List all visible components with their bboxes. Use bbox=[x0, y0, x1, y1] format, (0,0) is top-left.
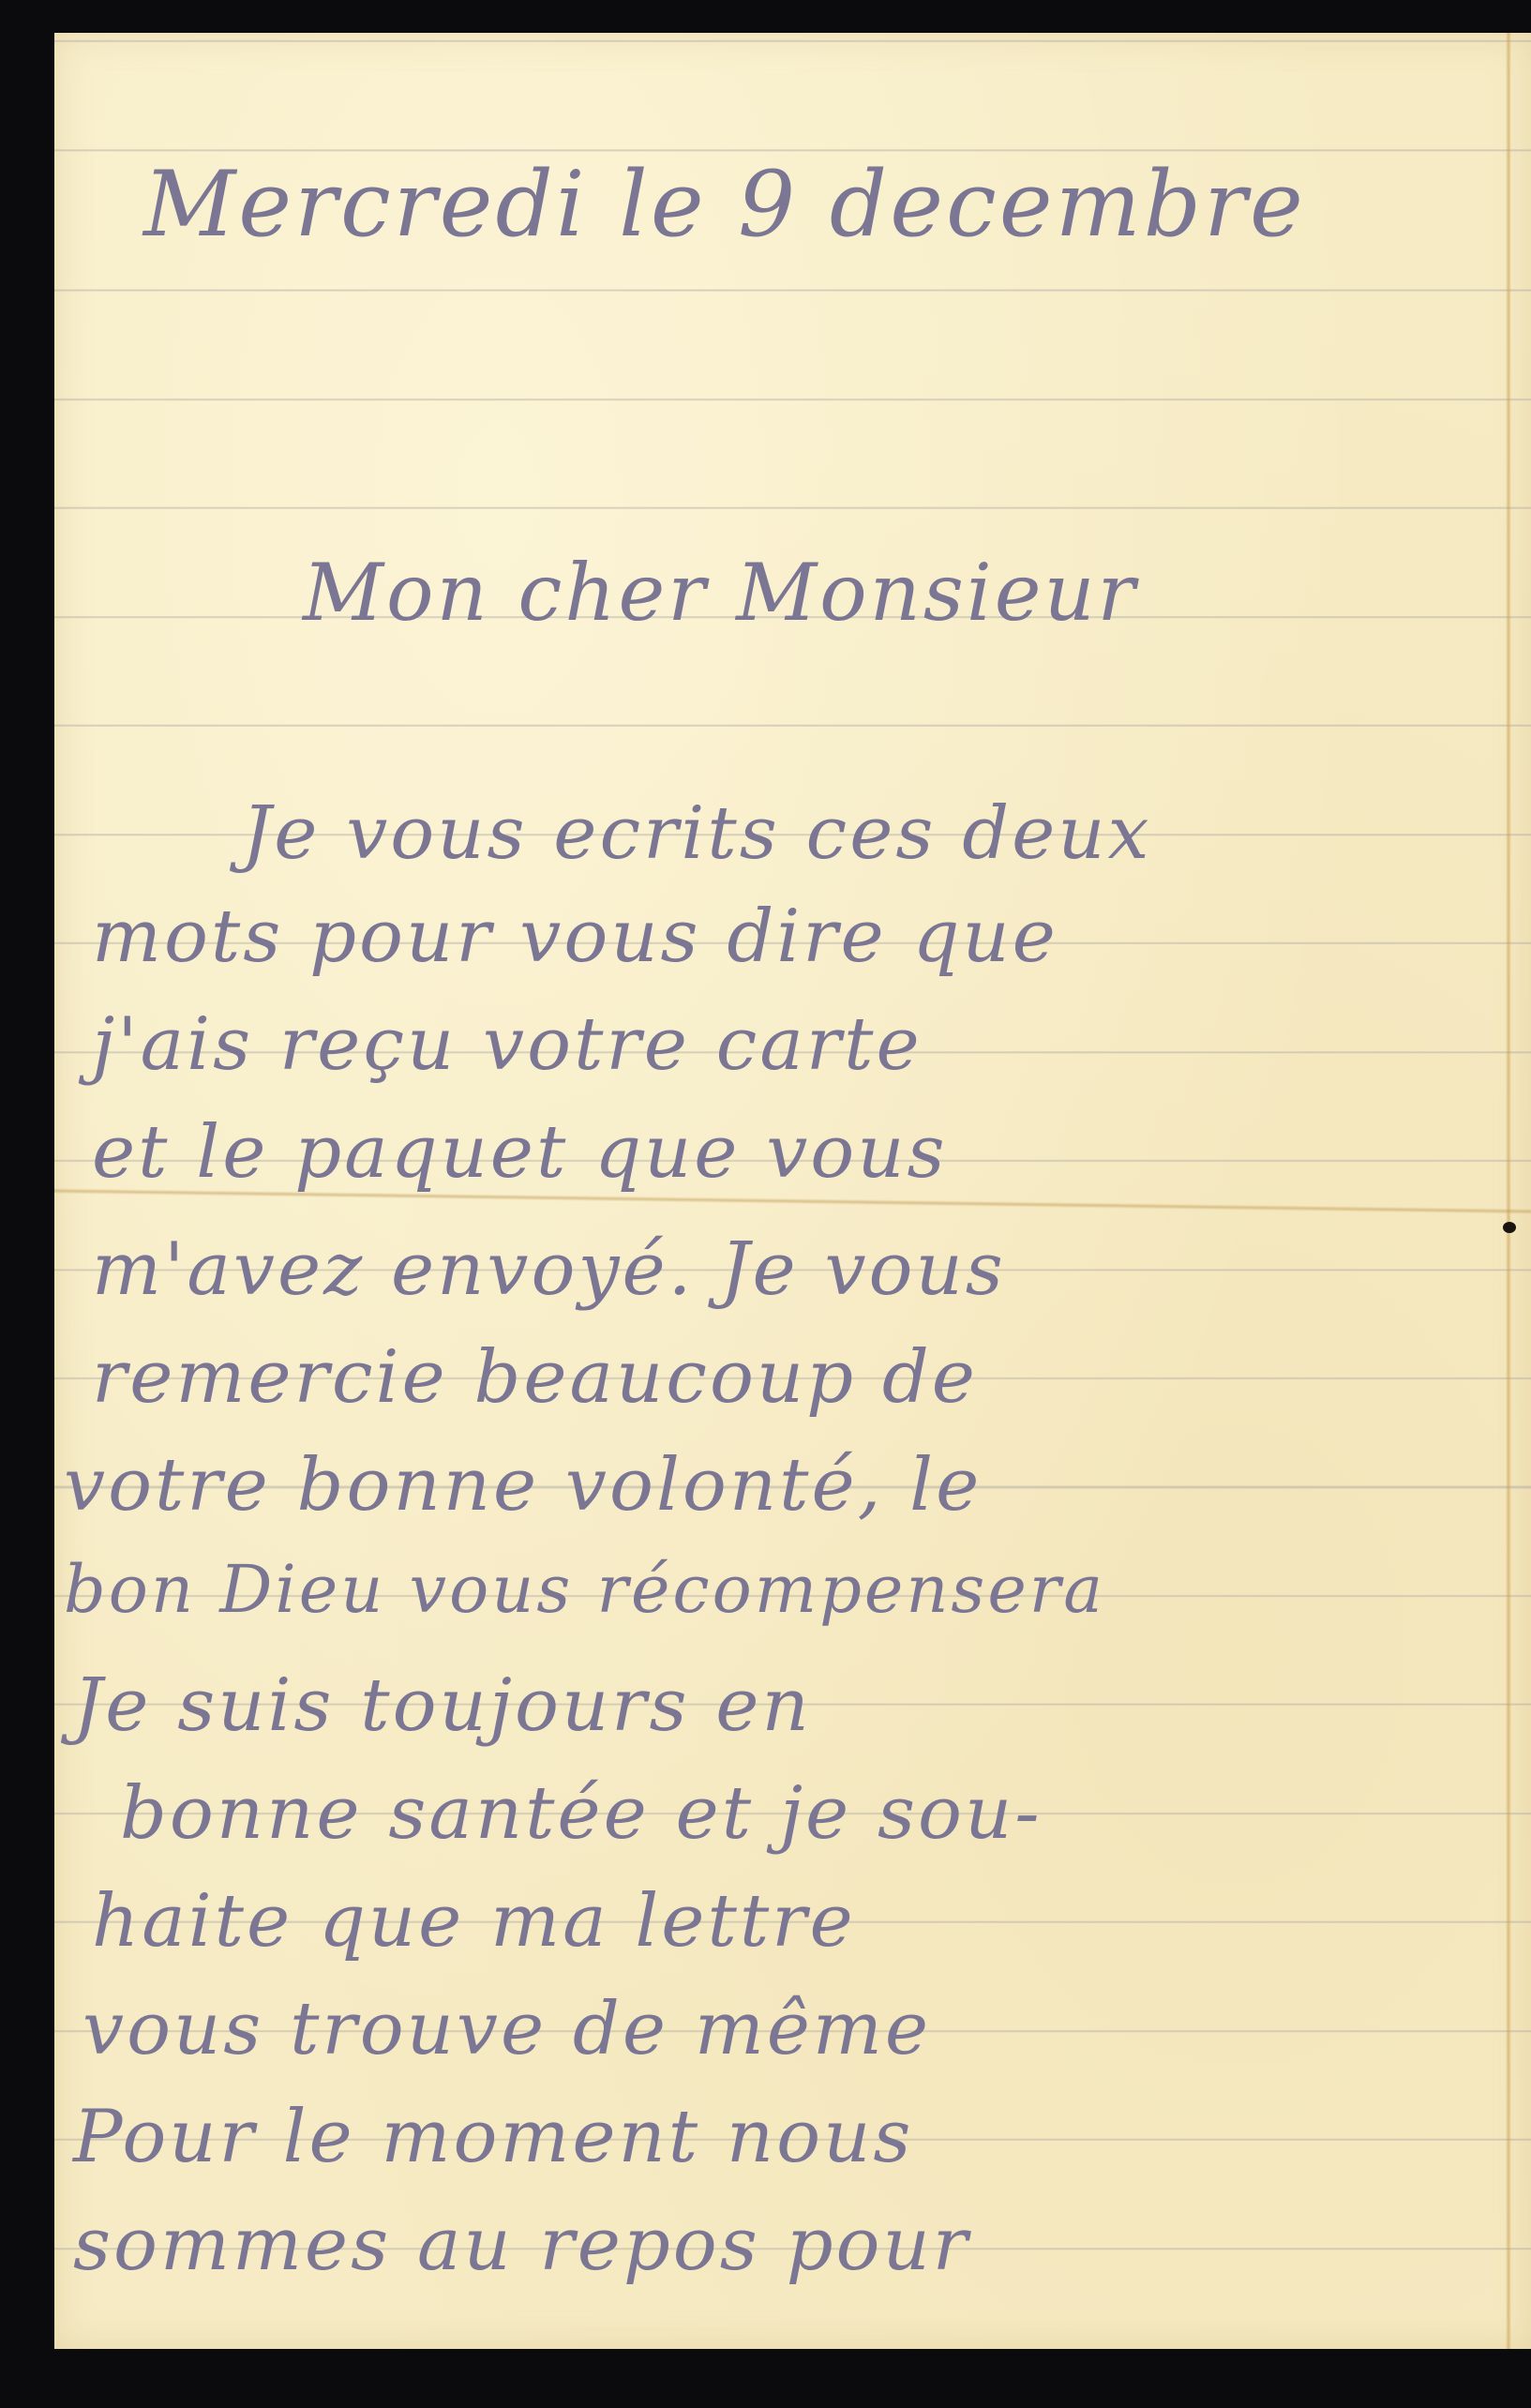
body-line: bon Dieu vous récompensera bbox=[64, 1557, 1105, 1622]
vertical-crease bbox=[1506, 33, 1511, 2349]
body-line: haite que ma lettre bbox=[92, 1885, 856, 1958]
date-line: Mercredi le 9 decembre bbox=[143, 159, 1306, 249]
body-line: Pour le moment nous bbox=[73, 2100, 913, 2174]
body-line: Je vous ecrits ces deux bbox=[242, 797, 1152, 870]
body-line: et le paquet que vous bbox=[92, 1116, 948, 1189]
body-line: remercie beaucoup de bbox=[92, 1341, 978, 1414]
salutation: Mon cher Monsieur bbox=[303, 553, 1138, 632]
body-line: sommes au repos pour bbox=[73, 2208, 970, 2281]
body-line: j'ais reçu votre carte bbox=[92, 1008, 923, 1081]
body-line: Je suis toujours en bbox=[73, 1669, 812, 1742]
body-line: votre bonne volonté, le bbox=[64, 1449, 982, 1522]
letter-page: Mercredi le 9 decembre Mon cher Monsieur… bbox=[54, 33, 1531, 2349]
body-line: vous trouve de même bbox=[83, 1993, 931, 2066]
body-line: mots pour vous dire que bbox=[92, 900, 1058, 973]
body-line: bonne santée et je sou- bbox=[120, 1777, 1043, 1850]
body-line: m'avez envoyé. Je vous bbox=[92, 1233, 1006, 1306]
pin-hole bbox=[1503, 1222, 1516, 1233]
